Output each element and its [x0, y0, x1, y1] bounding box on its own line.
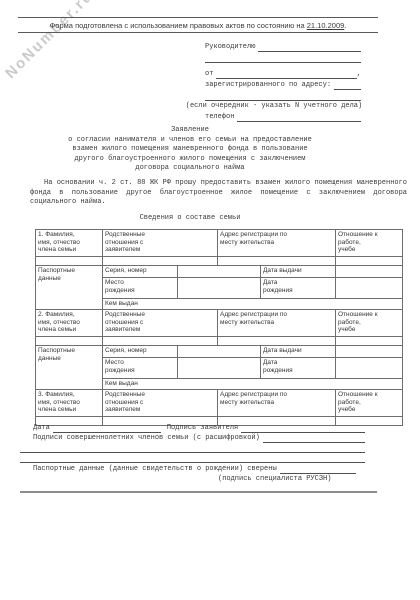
member-2-issued-by-cell[interactable]: Кем выдан: [103, 379, 403, 390]
phone-label: телефон: [205, 112, 234, 122]
adult-signatures-line-3[interactable]: [20, 453, 365, 463]
passport-verified-label: Паспортные данные (данные свидетельств о…: [33, 464, 277, 474]
series-label: Серия, номер: [105, 347, 147, 354]
member-1-relation-header-cell: Родственные отношения с заявителем: [103, 230, 218, 257]
address-label: Адрес регистрации по месту жительства: [220, 231, 292, 246]
site-watermark: NoNumber.ru: [2, 0, 97, 82]
relation-label: Родственные отношения с заявителем: [105, 311, 155, 334]
to-label: Руководителю: [205, 42, 255, 52]
relation-label: Родственные отношения с заявителем: [105, 391, 155, 414]
member-1-address-header-cell: Адрес регистрации по месту жительства: [218, 230, 336, 257]
member-2-series-value-cell[interactable]: [178, 346, 261, 358]
date-field-line[interactable]: [53, 424, 161, 433]
bottom-divider: [20, 491, 377, 493]
from-comma: ,: [357, 69, 361, 79]
work-label: Отношение к работе, учебе: [338, 391, 378, 414]
member-2-values-row: [36, 337, 403, 346]
member-2-birth-date-value-cell[interactable]: [336, 358, 403, 379]
member-2-passport-label-cell: Паспортные данные: [36, 346, 103, 390]
from-label: от: [205, 69, 213, 79]
scanned-form-page: { "watermark": "NoNumber.ru", "top_note"…: [0, 0, 420, 600]
issued-by-label: Кем выдан: [105, 380, 138, 387]
title-line: взамен жилого помещения маневренного фон…: [25, 145, 355, 155]
passport-label: Паспортные данные: [38, 267, 78, 282]
relation-label: Родственные отношения с заявителем: [105, 231, 155, 254]
member-1-work-value-cell[interactable]: [336, 257, 403, 266]
member-1-series-label-cell: Серия, номер: [103, 266, 178, 278]
member-2-address-value-cell[interactable]: [218, 337, 336, 346]
member-1-issued-by-cell[interactable]: Кем выдан: [103, 299, 403, 310]
member-1-relation-value-cell[interactable]: [103, 257, 218, 266]
address-row-2: [205, 90, 361, 101]
adult-signatures-line-2[interactable]: [20, 443, 365, 453]
member-2-name-label: 2. Фамилия, имя, отчество члена семьи: [38, 311, 84, 334]
title-line: договора социального найма: [25, 164, 355, 174]
applicant-signature-label: Подпись заявителя: [167, 423, 238, 433]
from-field-line[interactable]: [216, 70, 356, 79]
member-1-birth-date-label-cell: Дата рождения: [261, 278, 336, 299]
member-3-relation-header-cell: Родственные отношения с заявителем: [103, 390, 218, 417]
form-preparation-text: Форма подготовлена с использованием прав…: [50, 21, 305, 30]
address-field-line-1[interactable]: [334, 81, 361, 90]
member-1-birth-date-value-cell[interactable]: [336, 278, 403, 299]
member-2-work-header-cell: Отношение к работе, учебе: [336, 310, 403, 337]
from-row: от ,: [205, 68, 361, 79]
member-2-name-header-cell: 2. Фамилия, имя, отчество члена семьи: [36, 310, 103, 337]
adult-signatures-label: Подписи совершеннолетних членов семьи (с…: [33, 433, 260, 443]
member-3-name-label: 3. Фамилия, имя, отчество члена семьи: [38, 391, 84, 414]
table-caption: Сведения о составе семьи: [25, 214, 355, 222]
member-1-work-header-cell: Отношение к работе, учебе: [336, 230, 403, 257]
member-1-name-label: 1. Фамилия, имя, отчество члена семьи: [38, 231, 84, 254]
addressee-block: Руководителю от , зарегистрированного по…: [205, 41, 361, 122]
member-1-header-row: 1. Фамилия, имя, отчество члена семьи Ро…: [36, 230, 403, 257]
applicant-signature-line[interactable]: [241, 424, 365, 433]
date-label: Дата: [33, 423, 50, 433]
member-1-birthplace-label-cell: Место рождения: [103, 278, 178, 299]
to-row: Руководителю: [205, 41, 361, 52]
work-label: Отношение к работе, учебе: [338, 231, 378, 254]
issued-by-label: Кем выдан: [105, 300, 138, 307]
to-field-line-2[interactable]: [205, 54, 361, 63]
registered-address-row: зарегистрированного по адресу:: [205, 79, 361, 90]
series-label: Серия, номер: [105, 267, 147, 274]
address-label: Адрес регистрации по месту жительства: [220, 311, 292, 326]
member-1-address-value-cell[interactable]: [218, 257, 336, 266]
member-2-address-header-cell: Адрес регистрации по месту жительства: [218, 310, 336, 337]
member-2-name-value-cell[interactable]: [36, 337, 103, 346]
body-paragraph: На основании ч. 2 ст. 88 ЖК РФ прошу пре…: [30, 179, 407, 208]
issue-date-label: Дата выдачи: [263, 347, 302, 354]
date-signature-row: Дата Подпись заявителя: [20, 423, 365, 433]
passport-label: Паспортные данные: [38, 347, 78, 362]
signature-section: Дата Подпись заявителя Подписи совершенн…: [20, 423, 365, 484]
note-period: .: [344, 21, 346, 30]
member-2-header-row: 2. Фамилия, имя, отчество члена семьи Ро…: [36, 310, 403, 337]
queue-number-note: (если очередник - указать N учетного дел…: [170, 101, 378, 111]
member-2-birthplace-value-cell[interactable]: [178, 358, 261, 379]
member-2-relation-header-cell: Родственные отношения с заявителем: [103, 310, 218, 337]
member-2-birthplace-label-cell: Место рождения: [103, 358, 178, 379]
title-line: другого благоустроенного жилого помещени…: [25, 155, 355, 165]
registered-address-label: зарегистрированного по адресу:: [205, 80, 331, 90]
phone-row: телефон: [205, 111, 361, 122]
to-field-line-1[interactable]: [258, 43, 361, 52]
specialist-signature-caption: (подпись специалиста РУСЗН): [218, 474, 365, 484]
member-2-series-label-cell: Серия, номер: [103, 346, 178, 358]
passport-verified-row: Паспортные данные (данные свидетельств о…: [20, 464, 365, 474]
member-1-birthplace-value-cell[interactable]: [178, 278, 261, 299]
family-composition-table: 1. Фамилия, имя, отчество члена семьи Ро…: [35, 229, 403, 426]
member-3-name-header-cell: 3. Фамилия, имя, отчество члена семьи: [36, 390, 103, 417]
address-label: Адрес регистрации по месту жительства: [220, 391, 292, 406]
address-field-line-2[interactable]: [205, 92, 361, 101]
legal-acts-date: 21.10.2009: [307, 21, 345, 30]
member-2-passport-series-row: Паспортные данные Серия, номер Дата выда…: [36, 346, 403, 358]
birth-date-label: Дата рождения: [263, 279, 299, 294]
adult-members-row: Подписи совершеннолетних членов семьи (с…: [20, 433, 365, 443]
member-3-work-header-cell: Отношение к работе, учебе: [336, 390, 403, 417]
member-1-passport-series-row: Паспортные данные Серия, номер Дата выда…: [36, 266, 403, 278]
title-line: о согласии нанимателя и членов его семьи…: [25, 136, 355, 146]
member-2-birth-date-label-cell: Дата рождения: [261, 358, 336, 379]
document-title: Заявление о согласии нанимателя и членов…: [25, 126, 355, 174]
member-2-issue-date-value-cell[interactable]: [336, 346, 403, 358]
specialist-signature-line[interactable]: [280, 465, 356, 474]
member-1-issue-date-value-cell[interactable]: [336, 266, 403, 278]
member-2-relation-value-cell[interactable]: [103, 337, 218, 346]
adult-signatures-line-1[interactable]: [263, 434, 365, 443]
member-1-values-row: [36, 257, 403, 266]
member-2-work-value-cell[interactable]: [336, 337, 403, 346]
phone-field-line[interactable]: [237, 113, 361, 122]
title-heading: Заявление: [25, 126, 355, 136]
member-1-name-value-cell[interactable]: [36, 257, 103, 266]
work-label: Отношение к работе, учебе: [338, 311, 378, 334]
member-1-issue-date-label-cell: Дата выдачи: [261, 266, 336, 278]
member-3-address-header-cell: Адрес регистрации по месту жительства: [218, 390, 336, 417]
member-2-issue-date-label-cell: Дата выдачи: [261, 346, 336, 358]
member-1-series-value-cell[interactable]: [178, 266, 261, 278]
form-preparation-note: Форма подготовлена с использованием прав…: [18, 17, 378, 33]
member-1-passport-label-cell: Паспортные данные: [36, 266, 103, 310]
birth-date-label: Дата рождения: [263, 359, 299, 374]
member-3-header-row: 3. Фамилия, имя, отчество члена семьи Ро…: [36, 390, 403, 417]
member-1-name-header-cell: 1. Фамилия, имя, отчество члена семьи: [36, 230, 103, 257]
birthplace-label: Место рождения: [105, 279, 141, 294]
issue-date-label: Дата выдачи: [263, 267, 302, 274]
birthplace-label: Место рождения: [105, 359, 141, 374]
to-row-2: [205, 52, 361, 63]
